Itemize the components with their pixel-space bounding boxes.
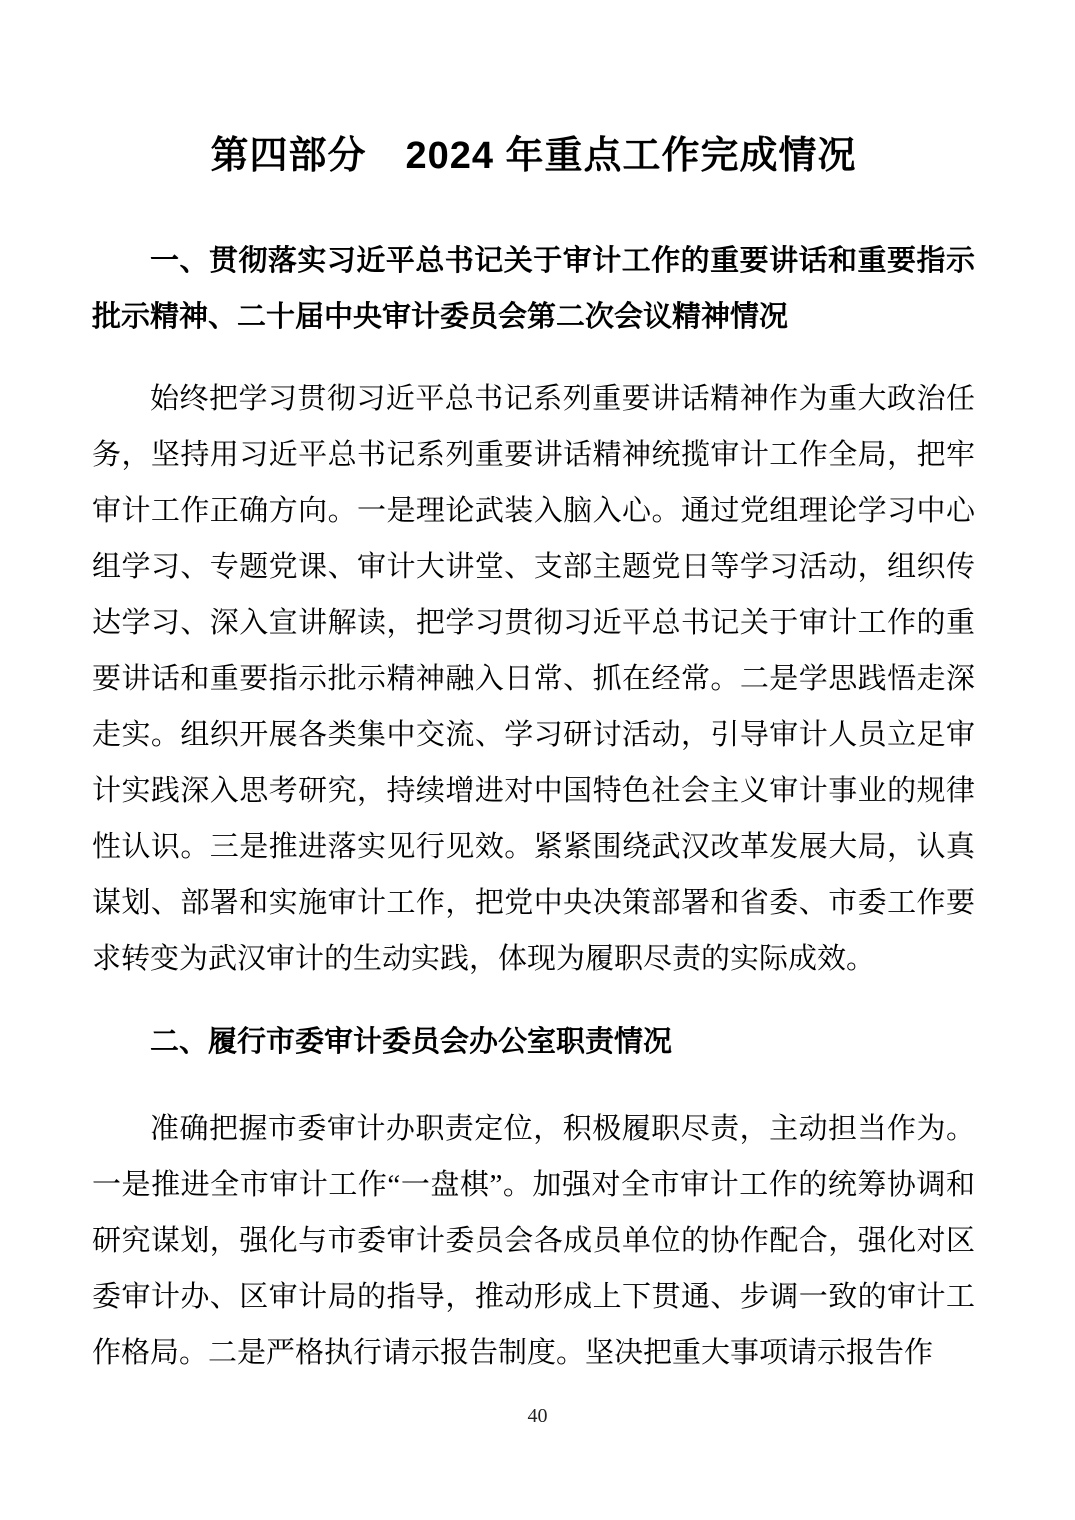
section-1-paragraph: 始终把学习贯彻习近平总书记系列重要讲话精神作为重大政治任务，坚持用习近平总书记系… — [92, 371, 975, 987]
section-2-heading: 二、履行市委审计委员会办公室职责情况 — [92, 1014, 975, 1070]
section-1-heading: 一、贯彻落实习近平总书记关于审计工作的重要讲话和重要指示批示精神、二十届中央审计… — [92, 233, 975, 345]
document-page: 第四部分 2024 年重点工作完成情况 一、贯彻落实习近平总书记关于审计工作的重… — [0, 0, 1075, 1520]
page-number: 40 — [0, 1405, 1075, 1428]
section-2-paragraph: 准确把握市委审计办职责定位，积极履职尽责，主动担当作为。一是推进全市审计工作“一… — [92, 1101, 975, 1381]
document-title: 第四部分 2024 年重点工作完成情况 — [92, 134, 975, 178]
